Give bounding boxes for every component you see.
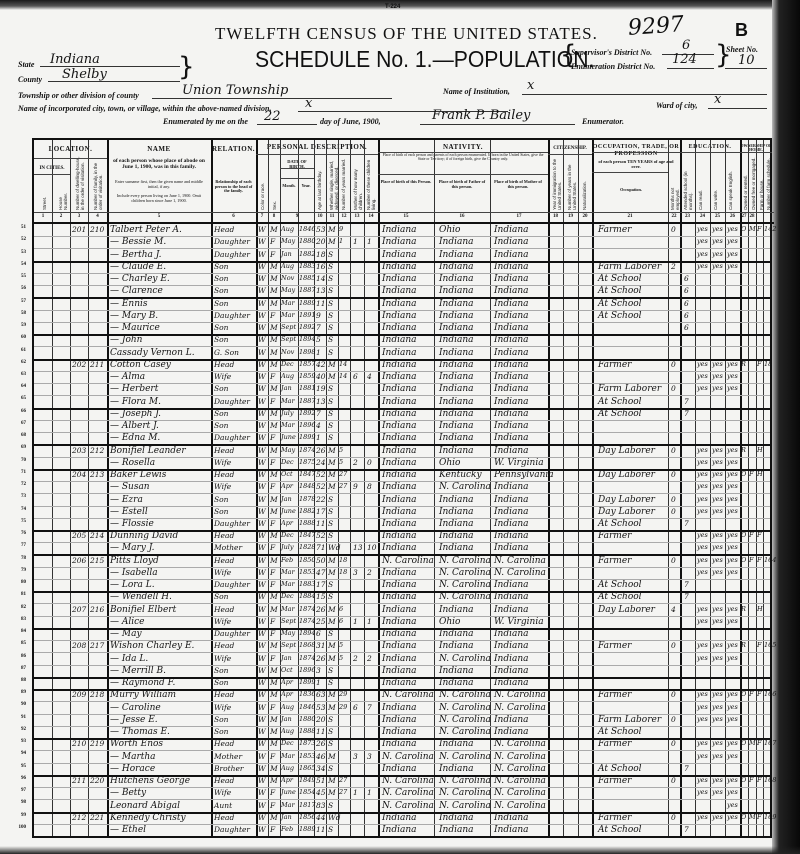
cell-year: 1891	[299, 312, 316, 319]
cell-marital: S	[328, 740, 333, 748]
table-row: — Charley E.SonWMNov188514SIndianaIndian…	[34, 273, 774, 285]
table-row: — Mary B.DaughterWFMar18919SIndianaIndia…	[34, 310, 774, 322]
cell-relation: Head	[214, 777, 234, 785]
header-rule	[592, 152, 680, 153]
hdr-can-read: Can read.	[698, 180, 703, 210]
cell-unemployed: 4	[671, 606, 676, 614]
cell-sex: M	[270, 496, 278, 504]
cell-dwelling: 206	[72, 557, 86, 565]
cell-year: 1847	[299, 532, 316, 539]
cell-name: Cotton Casey	[110, 361, 171, 370]
cell-marital: S	[328, 336, 333, 344]
cell-relation: Wife	[214, 704, 231, 712]
cell-write: yes	[712, 569, 723, 576]
cell-write: yes	[712, 373, 723, 380]
cell-mother: W. Virginia	[494, 618, 544, 627]
cell-age: 51	[316, 777, 326, 785]
cell-sex: F	[270, 630, 275, 638]
cell-color: W	[258, 300, 266, 308]
cell-sex: M	[270, 263, 278, 271]
cell-marital: M	[328, 753, 336, 761]
cell-mortgage: M	[749, 814, 756, 821]
cell-relation: Son	[214, 336, 228, 344]
cell-read: yes	[697, 263, 708, 270]
cell-father: Indiana	[439, 410, 474, 419]
cell-mother-of: 6	[353, 704, 358, 712]
cell-english: yes	[727, 226, 738, 233]
cell-unemployed: 0	[671, 385, 676, 393]
cell-color: W	[258, 606, 266, 614]
cell-name: — Herbert	[110, 385, 158, 394]
table-row: — AlmaWifeWFAug185940M1464IndianaIndiana…	[34, 371, 774, 383]
cell-month: July	[281, 410, 294, 417]
cell-year: 1849	[299, 777, 316, 784]
cell-relation: Head	[214, 447, 234, 455]
cell-schedule: 165	[764, 642, 776, 649]
cell-month: May	[281, 238, 295, 245]
cell-write: yes	[712, 385, 723, 392]
line-number: 57	[4, 299, 26, 304]
cell-sex: F	[270, 569, 275, 577]
column-number: 5	[107, 214, 211, 219]
cell-birth: Indiana	[382, 679, 417, 688]
cell-name: Bonifiel Leander	[110, 447, 186, 456]
cell-month: Jan	[281, 655, 292, 662]
line-number: 77	[4, 543, 26, 548]
cell-relation: Head	[214, 814, 234, 822]
cell-read: yes	[697, 508, 708, 515]
cell-write: yes	[712, 226, 723, 233]
cell-mother: Indiana	[494, 532, 529, 541]
stamp-number: 9297	[627, 12, 685, 41]
cell-mother: Indiana	[494, 410, 529, 419]
cell-age: 52	[316, 471, 326, 479]
cell-year: 1898	[299, 349, 316, 356]
cell-color: W	[258, 483, 266, 491]
column-number: 14	[364, 214, 378, 219]
cell-write: yes	[712, 814, 723, 821]
cell-family: 215	[90, 557, 104, 565]
cell-color: W	[258, 667, 266, 675]
cell-read: yes	[697, 373, 708, 380]
cell-name: — Ezra	[110, 496, 143, 505]
cell-schedule: 169	[764, 814, 776, 821]
cell-name: — Betty	[110, 789, 146, 798]
cell-school: 6	[684, 312, 689, 320]
cell-age: 11	[316, 300, 326, 308]
cell-unemployed: 0	[671, 691, 676, 699]
cell-relation: Daughter	[214, 520, 250, 528]
hdr-months-unemployed: Months not employed.	[670, 170, 680, 210]
cell-sex: F	[270, 312, 275, 320]
census-title: TWELFTH CENSUS OF THE UNITED STATES.	[215, 24, 598, 44]
cell-birth: Indiana	[382, 532, 417, 541]
line-number: 86	[4, 654, 26, 659]
institution-field	[522, 82, 767, 95]
cell-year: 1882	[299, 508, 316, 515]
cell-year: 1856	[299, 814, 316, 821]
cell-month: Jan	[281, 814, 292, 821]
cell-sex: M	[270, 765, 278, 773]
cell-owned: O	[741, 532, 746, 539]
scan-bottom-edge	[0, 846, 800, 854]
cell-sex: M	[270, 777, 278, 785]
cell-age: 83	[316, 802, 326, 810]
cell-birth: Indiana	[382, 434, 417, 443]
cell-year: 1854	[299, 789, 316, 796]
cell-marital: M	[328, 777, 336, 785]
cell-mortgage: M	[749, 226, 756, 233]
cell-marital: S	[328, 679, 333, 687]
cell-name: Hutchens George	[110, 777, 190, 786]
cell-year: 1848	[299, 483, 316, 490]
cell-mother: Indiana	[494, 349, 529, 358]
cell-marital: S	[328, 287, 333, 295]
hdr-occupation-col: Occupation.	[594, 188, 668, 193]
cell-read: yes	[697, 532, 708, 539]
cell-schedule: 167	[764, 740, 776, 747]
cell-birth: Indiana	[382, 287, 417, 296]
cell-marital: M	[328, 361, 336, 369]
table-row: — MayDaughterWFMay18946SIndianaIndianaIn…	[34, 628, 774, 640]
cell-occupation: Farm Laborer	[598, 263, 661, 272]
cell-name: — Edna M.	[110, 434, 160, 443]
cell-sex: F	[270, 753, 275, 761]
cell-color: W	[258, 520, 266, 528]
cell-mother: Indiana	[494, 814, 529, 823]
cell-color: W	[258, 459, 266, 467]
cell-sex: M	[270, 728, 278, 736]
cell-schedule: 18	[764, 361, 772, 368]
table-row: — IsabellaWifeWFMar185347M1832IndianaN. …	[34, 567, 774, 579]
cell-color: W	[258, 728, 266, 736]
cell-father: Indiana	[439, 642, 474, 651]
cell-name: — Charley E.	[110, 275, 170, 284]
hdr-attended-school: Attended school (in months).	[683, 156, 693, 210]
cell-unemployed: 0	[671, 740, 676, 748]
cell-relation: Daughter	[214, 238, 250, 246]
column-number: 22	[668, 214, 680, 219]
cell-name: — John	[110, 336, 142, 345]
cell-sex: F	[270, 373, 275, 381]
cell-mother: Indiana	[494, 434, 529, 443]
cell-mother: Indiana	[494, 581, 529, 590]
hdr-street: Street.	[42, 186, 47, 210]
cell-father: Indiana	[439, 740, 474, 749]
cell-unemployed: 0	[671, 508, 676, 516]
cell-marital: S	[328, 508, 333, 516]
form-number: T-224	[385, 4, 400, 10]
table-row: — EzraSonWMJan187822SIndianaIndianaIndia…	[34, 493, 774, 505]
cell-mother: Indiana	[494, 263, 529, 272]
cell-years-married: 27	[339, 483, 347, 490]
cell-owned: O	[741, 777, 746, 784]
cell-mother: Indiana	[494, 679, 529, 688]
cell-read: yes	[697, 447, 708, 454]
cell-month: Dec	[281, 532, 294, 539]
cell-schedule: 142	[764, 226, 776, 233]
table-row: 204213Baker LewisHeadWMOct184752M27India…	[34, 469, 774, 481]
table-row: 209218Murry WilliamHeadWMApr183663M29N. …	[34, 689, 774, 701]
cell-mother-of: 1	[353, 238, 358, 246]
line-number: 98	[4, 800, 26, 805]
line-number: 52	[4, 237, 26, 242]
header-rule	[378, 174, 548, 175]
cell-farm: F	[757, 777, 762, 784]
line-number: 92	[4, 727, 26, 732]
table-row: — Claude E.SonWMAug188316SIndianaIndiana…	[34, 261, 774, 273]
column-number: 12	[338, 214, 350, 219]
line-number: 68	[4, 433, 26, 438]
cell-mother: Pennsylvania	[494, 471, 554, 480]
cell-english: yes	[727, 557, 738, 564]
hdr-personal: PERSONAL DESCRIPTION.	[256, 144, 378, 152]
header-rule	[280, 168, 314, 169]
enumerated-day: 22	[264, 109, 281, 124]
cell-month: Oct	[281, 667, 293, 674]
cell-birth: Indiana	[382, 508, 417, 517]
cell-school: 7	[684, 593, 689, 601]
cell-marital: S	[328, 630, 333, 638]
cell-father: Indiana	[439, 826, 474, 835]
table-row: — HoraceBrotherWMAug186534SIndianaIndian…	[34, 763, 774, 775]
cell-sex: M	[270, 691, 278, 699]
cell-birth: Indiana	[382, 630, 417, 639]
table-row: — Joseph J.SonWMJuly18927SIndianaIndiana…	[34, 408, 774, 420]
column-number: 15	[378, 214, 434, 219]
cell-color: W	[258, 593, 266, 601]
cell-year: 1896	[299, 422, 316, 429]
cell-father: Indiana	[439, 814, 474, 823]
supervisor-district: 6	[682, 38, 690, 53]
cell-sex: M	[270, 275, 278, 283]
cell-relation: Son	[214, 496, 228, 504]
cell-marital: M	[328, 226, 336, 234]
cell-marital: S	[328, 349, 333, 357]
cell-unemployed: 0	[671, 814, 676, 822]
cell-mother-of: 13	[353, 544, 363, 552]
cell-english: yes	[727, 532, 738, 539]
table-row: 207216Bonifiel ElbertHeadWMMar187426M6In…	[34, 603, 774, 615]
cell-name: — Ida L.	[110, 655, 148, 664]
cell-year: 1892	[299, 324, 316, 331]
cell-mother: Indiana	[494, 496, 529, 505]
cell-birth: Indiana	[382, 826, 417, 835]
enumerator-name: Frank P. Bailey	[432, 108, 530, 123]
cell-marital: M	[328, 459, 336, 467]
line-number: 84	[4, 629, 26, 634]
cell-relation: Daughter	[214, 434, 250, 442]
cell-relation: Wife	[214, 569, 231, 577]
line-number: 64	[4, 384, 26, 389]
cell-read: yes	[697, 789, 708, 796]
township-value: Union Township	[182, 83, 288, 98]
cell-relation: Head	[214, 471, 234, 479]
cell-name: — Rosella	[110, 459, 155, 468]
cell-write: yes	[712, 238, 723, 245]
cell-sex: M	[270, 606, 278, 614]
cell-father: Indiana	[439, 336, 474, 345]
cell-occupation: Farm Laborer	[598, 385, 661, 394]
cell-owned: O	[741, 740, 746, 747]
line-number: 80	[4, 580, 26, 585]
cell-color: W	[258, 287, 266, 295]
line-number: 99	[4, 813, 26, 818]
cell-year: 1885	[299, 275, 316, 282]
cell-month: Sept	[281, 336, 296, 343]
cell-farm: F	[757, 226, 762, 233]
cell-living: 4	[367, 373, 372, 381]
cell-color: W	[258, 422, 266, 430]
cell-marital: S	[328, 434, 333, 442]
cell-write: yes	[712, 691, 723, 698]
cell-english: yes	[727, 263, 738, 270]
cell-marital: S	[328, 324, 333, 332]
hdr-relation-desc: Relationship of each person to the head …	[213, 180, 254, 194]
cell-sex: M	[270, 385, 278, 393]
cell-year: 1887	[299, 398, 316, 405]
line-number: 62	[4, 360, 26, 365]
cell-birth: Indiana	[382, 716, 417, 725]
cell-color: W	[258, 618, 266, 626]
cell-birth: Indiana	[382, 606, 417, 615]
cell-sex: M	[270, 324, 278, 332]
cell-birth: Indiana	[382, 238, 417, 247]
cell-birth: Indiana	[382, 300, 417, 309]
cell-month: Mar	[281, 802, 295, 809]
cell-mother: N. Carolina	[494, 557, 546, 566]
enumeration-district: 124	[672, 52, 697, 67]
cell-name: Worth Enos	[110, 740, 163, 749]
line-number: 97	[4, 788, 26, 793]
cell-birth: N. Carolina	[382, 557, 434, 566]
table-row: — JohnSonWMSept18945SIndianaIndianaIndia…	[34, 334, 774, 346]
cell-read: yes	[697, 753, 708, 760]
cell-owned: R	[741, 606, 746, 613]
line-number: 79	[4, 568, 26, 573]
cell-month: Oct	[281, 471, 293, 478]
cell-color: W	[258, 361, 266, 369]
cell-name: — Flora M.	[110, 398, 161, 407]
cell-unemployed: 0	[671, 361, 676, 369]
cell-father: Kentucky	[439, 471, 482, 480]
cell-sex: F	[270, 802, 275, 810]
cell-name: — Mary B.	[110, 312, 158, 321]
cell-relation: Head	[214, 642, 234, 650]
cell-color: W	[258, 544, 266, 552]
cell-english: yes	[727, 814, 738, 821]
cell-write: yes	[712, 704, 723, 711]
cell-dwelling: 207	[72, 606, 86, 614]
cell-sex: F	[270, 544, 275, 552]
cell-birth: Indiana	[382, 459, 417, 468]
cell-name: — Lora L.	[110, 581, 155, 590]
column-number: 16	[434, 214, 490, 219]
cell-write: yes	[712, 740, 723, 747]
cell-birth: Indiana	[382, 740, 417, 749]
cell-birth: Indiana	[382, 704, 417, 713]
cell-english: yes	[727, 642, 738, 649]
hdr-can-write: Can write.	[713, 180, 718, 210]
cell-age: 1	[316, 349, 321, 357]
cell-birth: Indiana	[382, 520, 417, 529]
column-number: 21	[592, 214, 668, 219]
cell-write: yes	[712, 557, 723, 564]
cell-color: W	[258, 471, 266, 479]
cell-write: yes	[712, 263, 723, 270]
cell-english: yes	[727, 753, 738, 760]
cell-year: 1850	[299, 557, 316, 564]
cell-write: yes	[712, 618, 723, 625]
column-number: 3	[70, 214, 88, 219]
cell-mother: Indiana	[494, 398, 529, 407]
cell-name: — Raymond F.	[110, 679, 175, 688]
cell-age: 53	[316, 226, 326, 234]
cell-sex: F	[270, 238, 275, 246]
cell-year: 1880	[299, 716, 316, 723]
cell-month: Dec	[281, 740, 294, 747]
cell-relation: Head	[214, 361, 234, 369]
header-rule	[256, 154, 378, 155]
hdr-name: NAME	[107, 146, 211, 154]
cell-marital: S	[328, 765, 333, 773]
cell-month: Jan	[281, 385, 292, 392]
cell-father: Indiana	[439, 508, 474, 517]
cell-write: yes	[712, 789, 723, 796]
cell-owned: R	[741, 642, 746, 649]
cell-mother: Indiana	[494, 226, 529, 235]
cell-mother: N. Carolina	[494, 691, 546, 700]
cell-birth: Indiana	[382, 728, 417, 737]
cell-relation: Daughter	[214, 630, 250, 638]
header-rule	[740, 152, 772, 153]
cell-age: 13	[316, 398, 326, 406]
cell-write: yes	[712, 459, 723, 466]
cell-schedule: 166	[764, 691, 776, 698]
hdr-name-note1: Enter surname first, then the given name…	[112, 180, 206, 189]
cell-month: Sept	[281, 324, 296, 331]
hdr-house-number: House Number.	[58, 180, 68, 210]
cell-dwelling: 212	[72, 814, 86, 822]
cell-relation: Son	[214, 300, 228, 308]
county-label: County	[18, 75, 42, 84]
cell-relation: Son	[214, 324, 228, 332]
cell-sex: M	[270, 287, 278, 295]
cell-years-married: 5	[339, 655, 343, 662]
table-row: 206215Pitts LloydHeadWMFeb185050M18N. Ca…	[34, 554, 774, 566]
cell-marital: S	[328, 667, 333, 675]
cell-age: 15	[316, 593, 326, 601]
cell-color: W	[258, 496, 266, 504]
cell-color: W	[258, 826, 266, 834]
table-row: — Wendell H.SonWMDec188415SIndianaN. Car…	[34, 591, 774, 603]
cell-sex: M	[270, 679, 278, 687]
table-row: 212221Kennedy ChristyHeadWMJan185644WdIn…	[34, 812, 774, 824]
hdr-birth-mother: Place of birth of Mother of this person.	[492, 180, 544, 189]
cell-color: W	[258, 581, 266, 589]
cell-english: yes	[727, 361, 738, 368]
cell-birth: Indiana	[382, 655, 417, 664]
cell-year: 1857	[299, 361, 316, 368]
cell-mother: Indiana	[494, 361, 529, 370]
cell-mortgage: F	[749, 691, 754, 698]
cell-marital: M	[328, 789, 336, 797]
cell-relation: Wife	[214, 483, 231, 491]
cell-father: N. Carolina	[439, 569, 491, 578]
table-row: — AliceWifeWFSept187425M611IndianaOhioW.…	[34, 616, 774, 628]
cell-month: Dec	[281, 459, 294, 466]
cell-father: Indiana	[439, 398, 474, 407]
